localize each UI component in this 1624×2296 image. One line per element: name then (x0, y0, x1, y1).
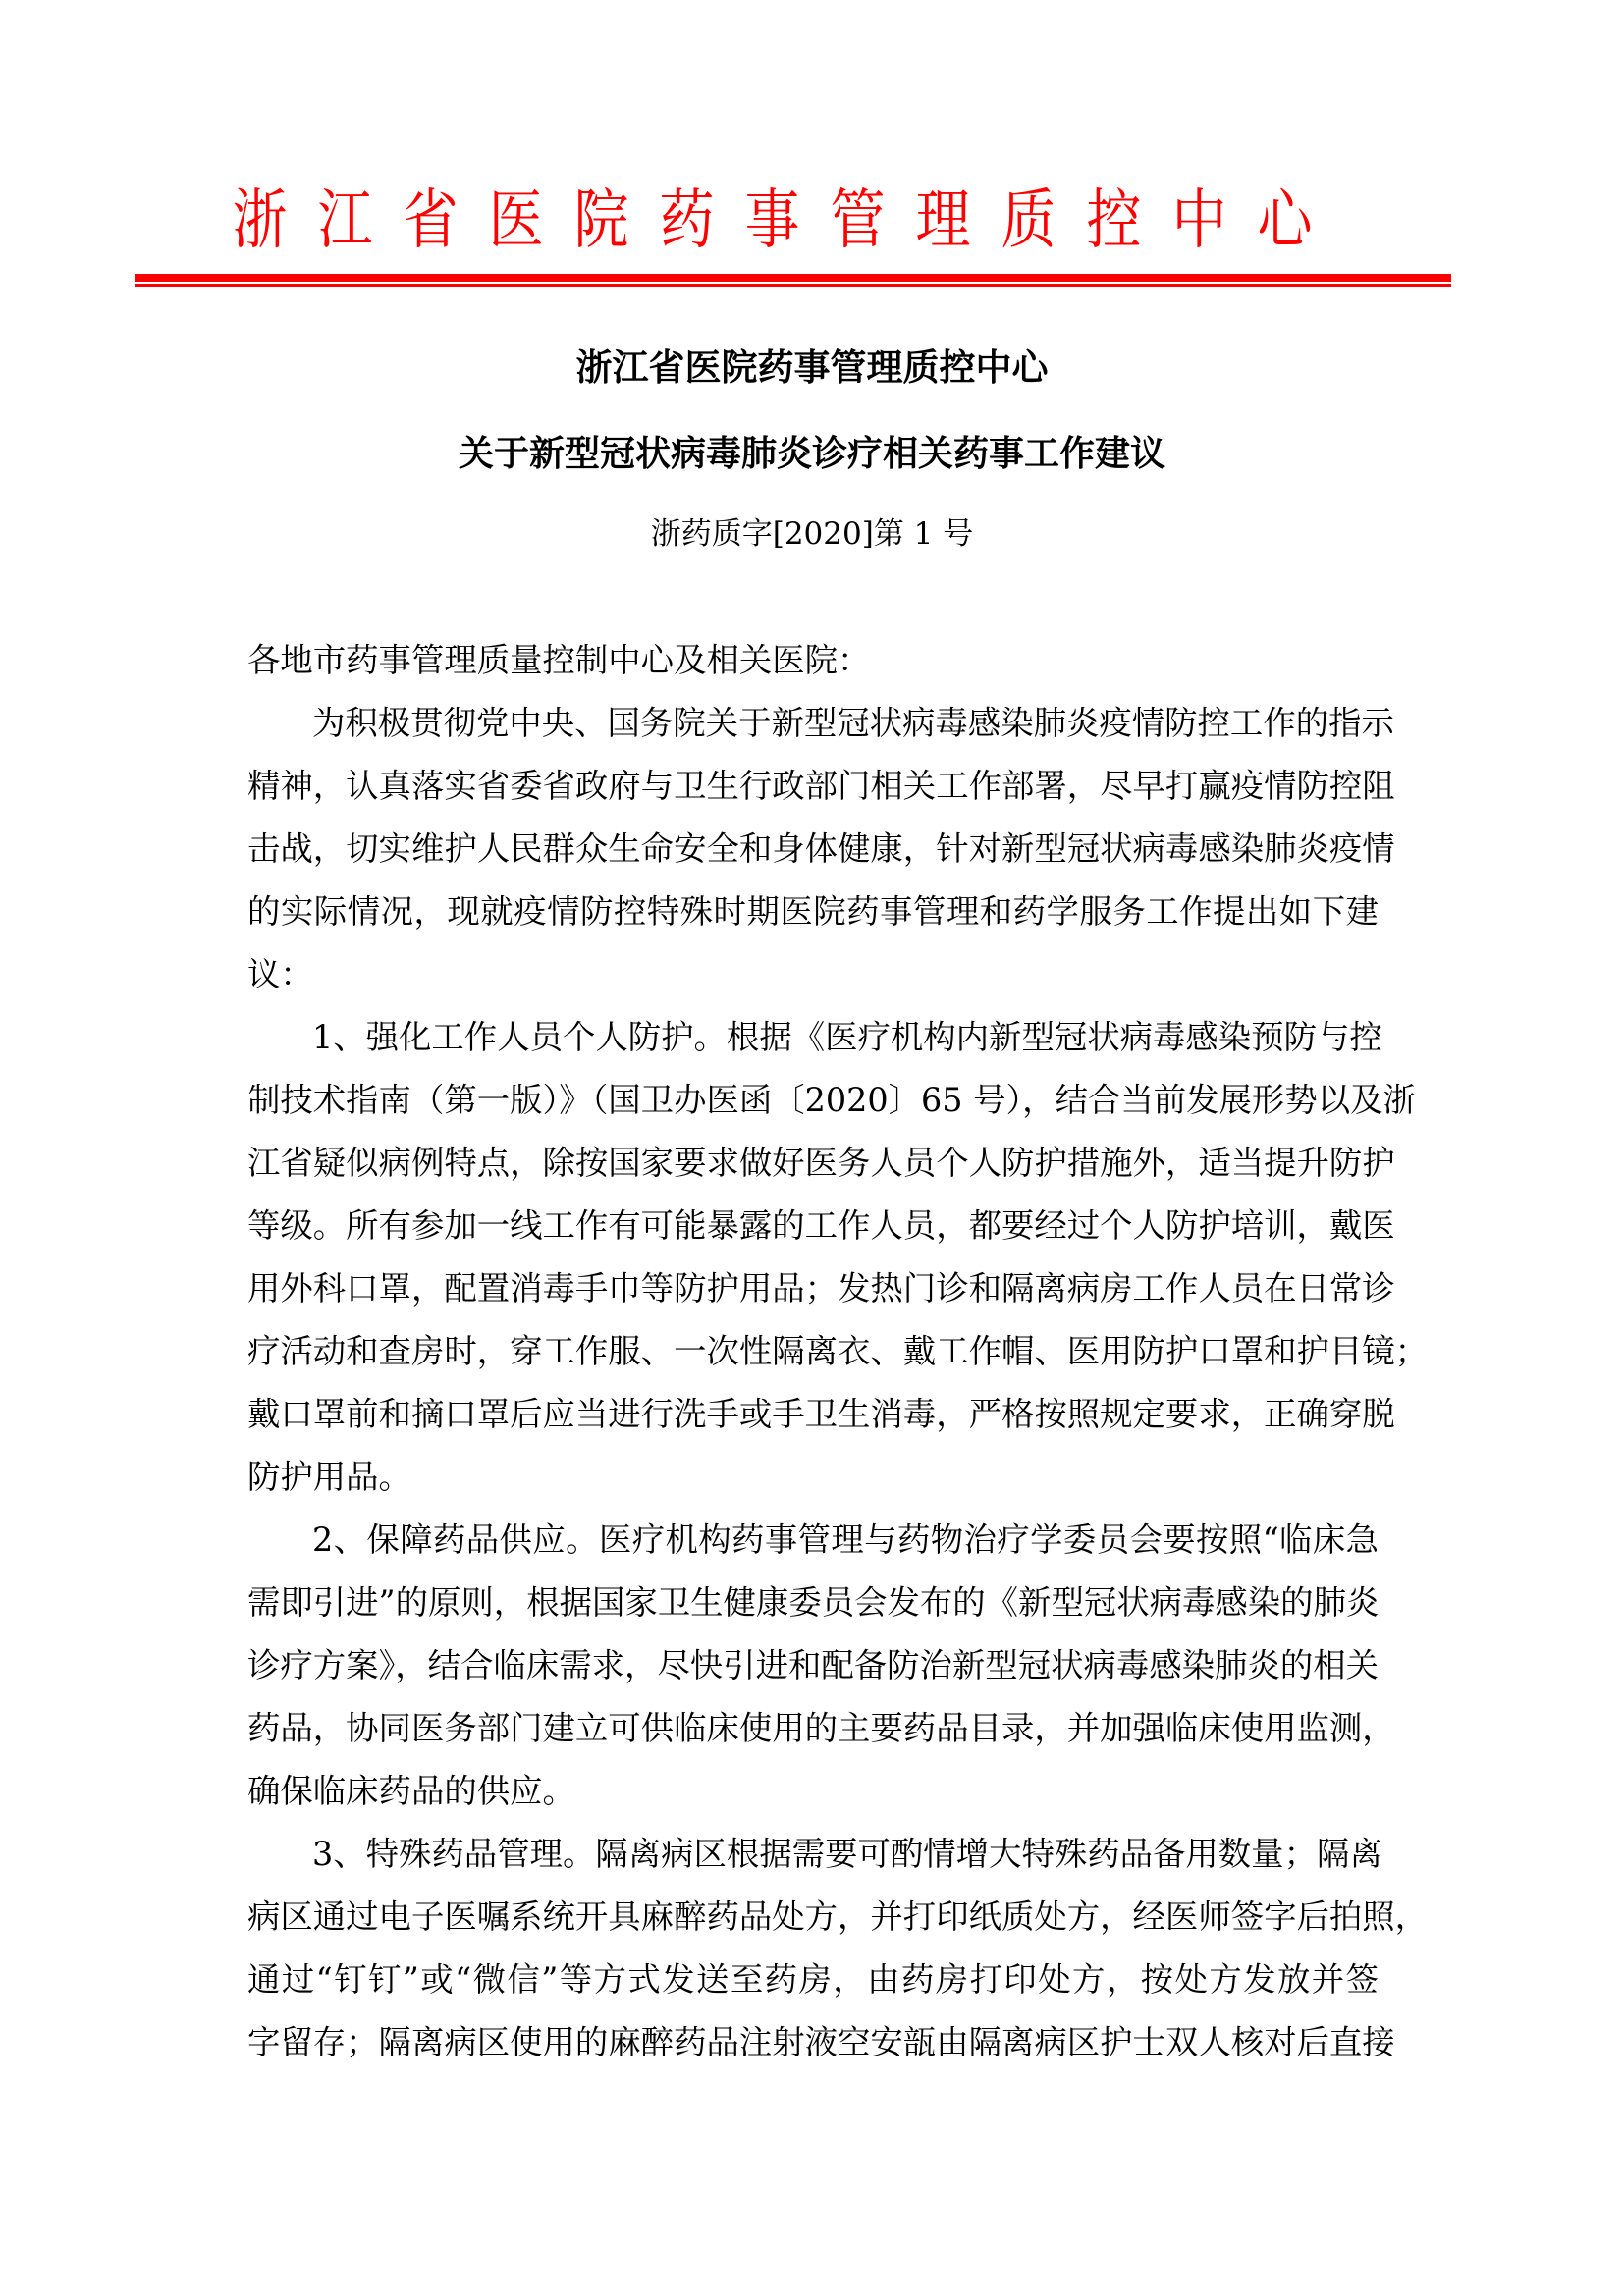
paragraph-line: 为积极贯彻党中央、国务院关于新型冠状病毒感染肺炎疫情防控工作的指示 (247, 692, 1379, 755)
paragraph-line: 通过“钉钉”或“微信”等方式发送至药房，由药房打印处方，按处方发放并签 (247, 1949, 1379, 2011)
paragraph-line: 2、保障药品供应。医疗机构药事管理与药物治疗学委员会要按照“临床急 (247, 1509, 1379, 1572)
document-title-line2: 关于新型冠状病毒肺炎诊疗相关药事工作建议 (0, 432, 1624, 477)
letterhead: 浙江省医院药事管理质控中心 (0, 175, 1624, 253)
paragraph-line: 需即引进”的原则，根据国家卫生健康委员会发布的《新型冠状病毒感染的肺炎 (247, 1572, 1379, 1634)
paragraph-item-2: 2、保障药品供应。医疗机构药事管理与药物治疗学委员会要按照“临床急 需即引进”的… (247, 1509, 1379, 1823)
paragraph-line: 病区通过电子医嘱系统开具麻醉药品处方，并打印纸质处方，经医师签字后拍照， (247, 1886, 1379, 1949)
paragraph-intro: 为积极贯彻党中央、国务院关于新型冠状病毒感染肺炎疫情防控工作的指示 精神，认真落… (247, 692, 1379, 1006)
document-body: 各地市药事管理质量控制中心及相关医院： 为积极贯彻党中央、国务院关于新型冠状病毒… (247, 629, 1379, 2074)
paragraph-line: 制技术指南（第一版）》（国卫办医函〔2020〕65 号），结合当前发展形势以及浙 (247, 1069, 1379, 1132)
paragraph-line: 用外科口罩，配置消毒手巾等防护用品；发热门诊和隔离病房工作人员在日常诊 (247, 1257, 1379, 1320)
paragraph-line: 击战，切实维护人民群众生命安全和身体健康，针对新型冠状病毒感染肺炎疫情 (247, 818, 1379, 881)
paragraph-line: 药品，协同医务部门建立可供临床使用的主要药品目录，并加强临床使用监测， (247, 1697, 1379, 1760)
salutation: 各地市药事管理质量控制中心及相关医院： (247, 629, 1379, 692)
paragraph-line: 戴口罩前和摘口罩后应当进行洗手或手卫生消毒，严格按照规定要求，正确穿脱 (247, 1383, 1379, 1446)
document-number: 浙药质字[2020]第 1 号 (0, 514, 1624, 554)
paragraph-line: 1、强化工作人员个人防护。根据《医疗机构内新型冠状病毒感染预防与控 (247, 1006, 1379, 1069)
paragraph-line: 江省疑似病例特点，除按国家要求做好医务人员个人防护措施外，适当提升防护 (247, 1132, 1379, 1195)
paragraph-line: 疗活动和查房时，穿工作服、一次性隔离衣、戴工作帽、医用防护口罩和护目镜； (247, 1320, 1379, 1383)
letterhead-title: 浙江省医院药事管理质控中心 (233, 175, 1343, 267)
paragraph-item-3: 3、特殊药品管理。隔离病区根据需要可酌情增大特殊药品备用数量；隔离 病区通过电子… (247, 1823, 1379, 2074)
paragraph-line: 确保临床药品的供应。 (247, 1760, 1379, 1823)
document-title-line1: 浙江省医院药事管理质控中心 (0, 346, 1624, 391)
letterhead-rule-thick (135, 274, 1451, 282)
paragraph-line: 的实际情况，现就疫情防控特殊时期医院药事管理和药学服务工作提出如下建 (247, 881, 1379, 943)
paragraph-line: 字留存；隔离病区使用的麻醉药品注射液空安瓿由隔离病区护士双人核对后直接 (247, 2011, 1379, 2074)
paragraph-line: 精神，认真落实省委省政府与卫生行政部门相关工作部署，尽早打赢疫情防控阻 (247, 755, 1379, 818)
paragraph-line: 议： (247, 943, 1379, 1006)
paragraph-item-1: 1、强化工作人员个人防护。根据《医疗机构内新型冠状病毒感染预防与控 制技术指南（… (247, 1006, 1379, 1509)
paragraph-line: 诊疗方案》，结合临床需求，尽快引进和配备防治新型冠状病毒感染肺炎的相关 (247, 1634, 1379, 1697)
letterhead-rule-thin (135, 284, 1451, 287)
paragraph-line: 等级。所有参加一线工作有可能暴露的工作人员，都要经过个人防护培训，戴医 (247, 1195, 1379, 1257)
paragraph-line: 3、特殊药品管理。隔离病区根据需要可酌情增大特殊药品备用数量；隔离 (247, 1823, 1379, 1886)
paragraph-line: 防护用品。 (247, 1446, 1379, 1509)
